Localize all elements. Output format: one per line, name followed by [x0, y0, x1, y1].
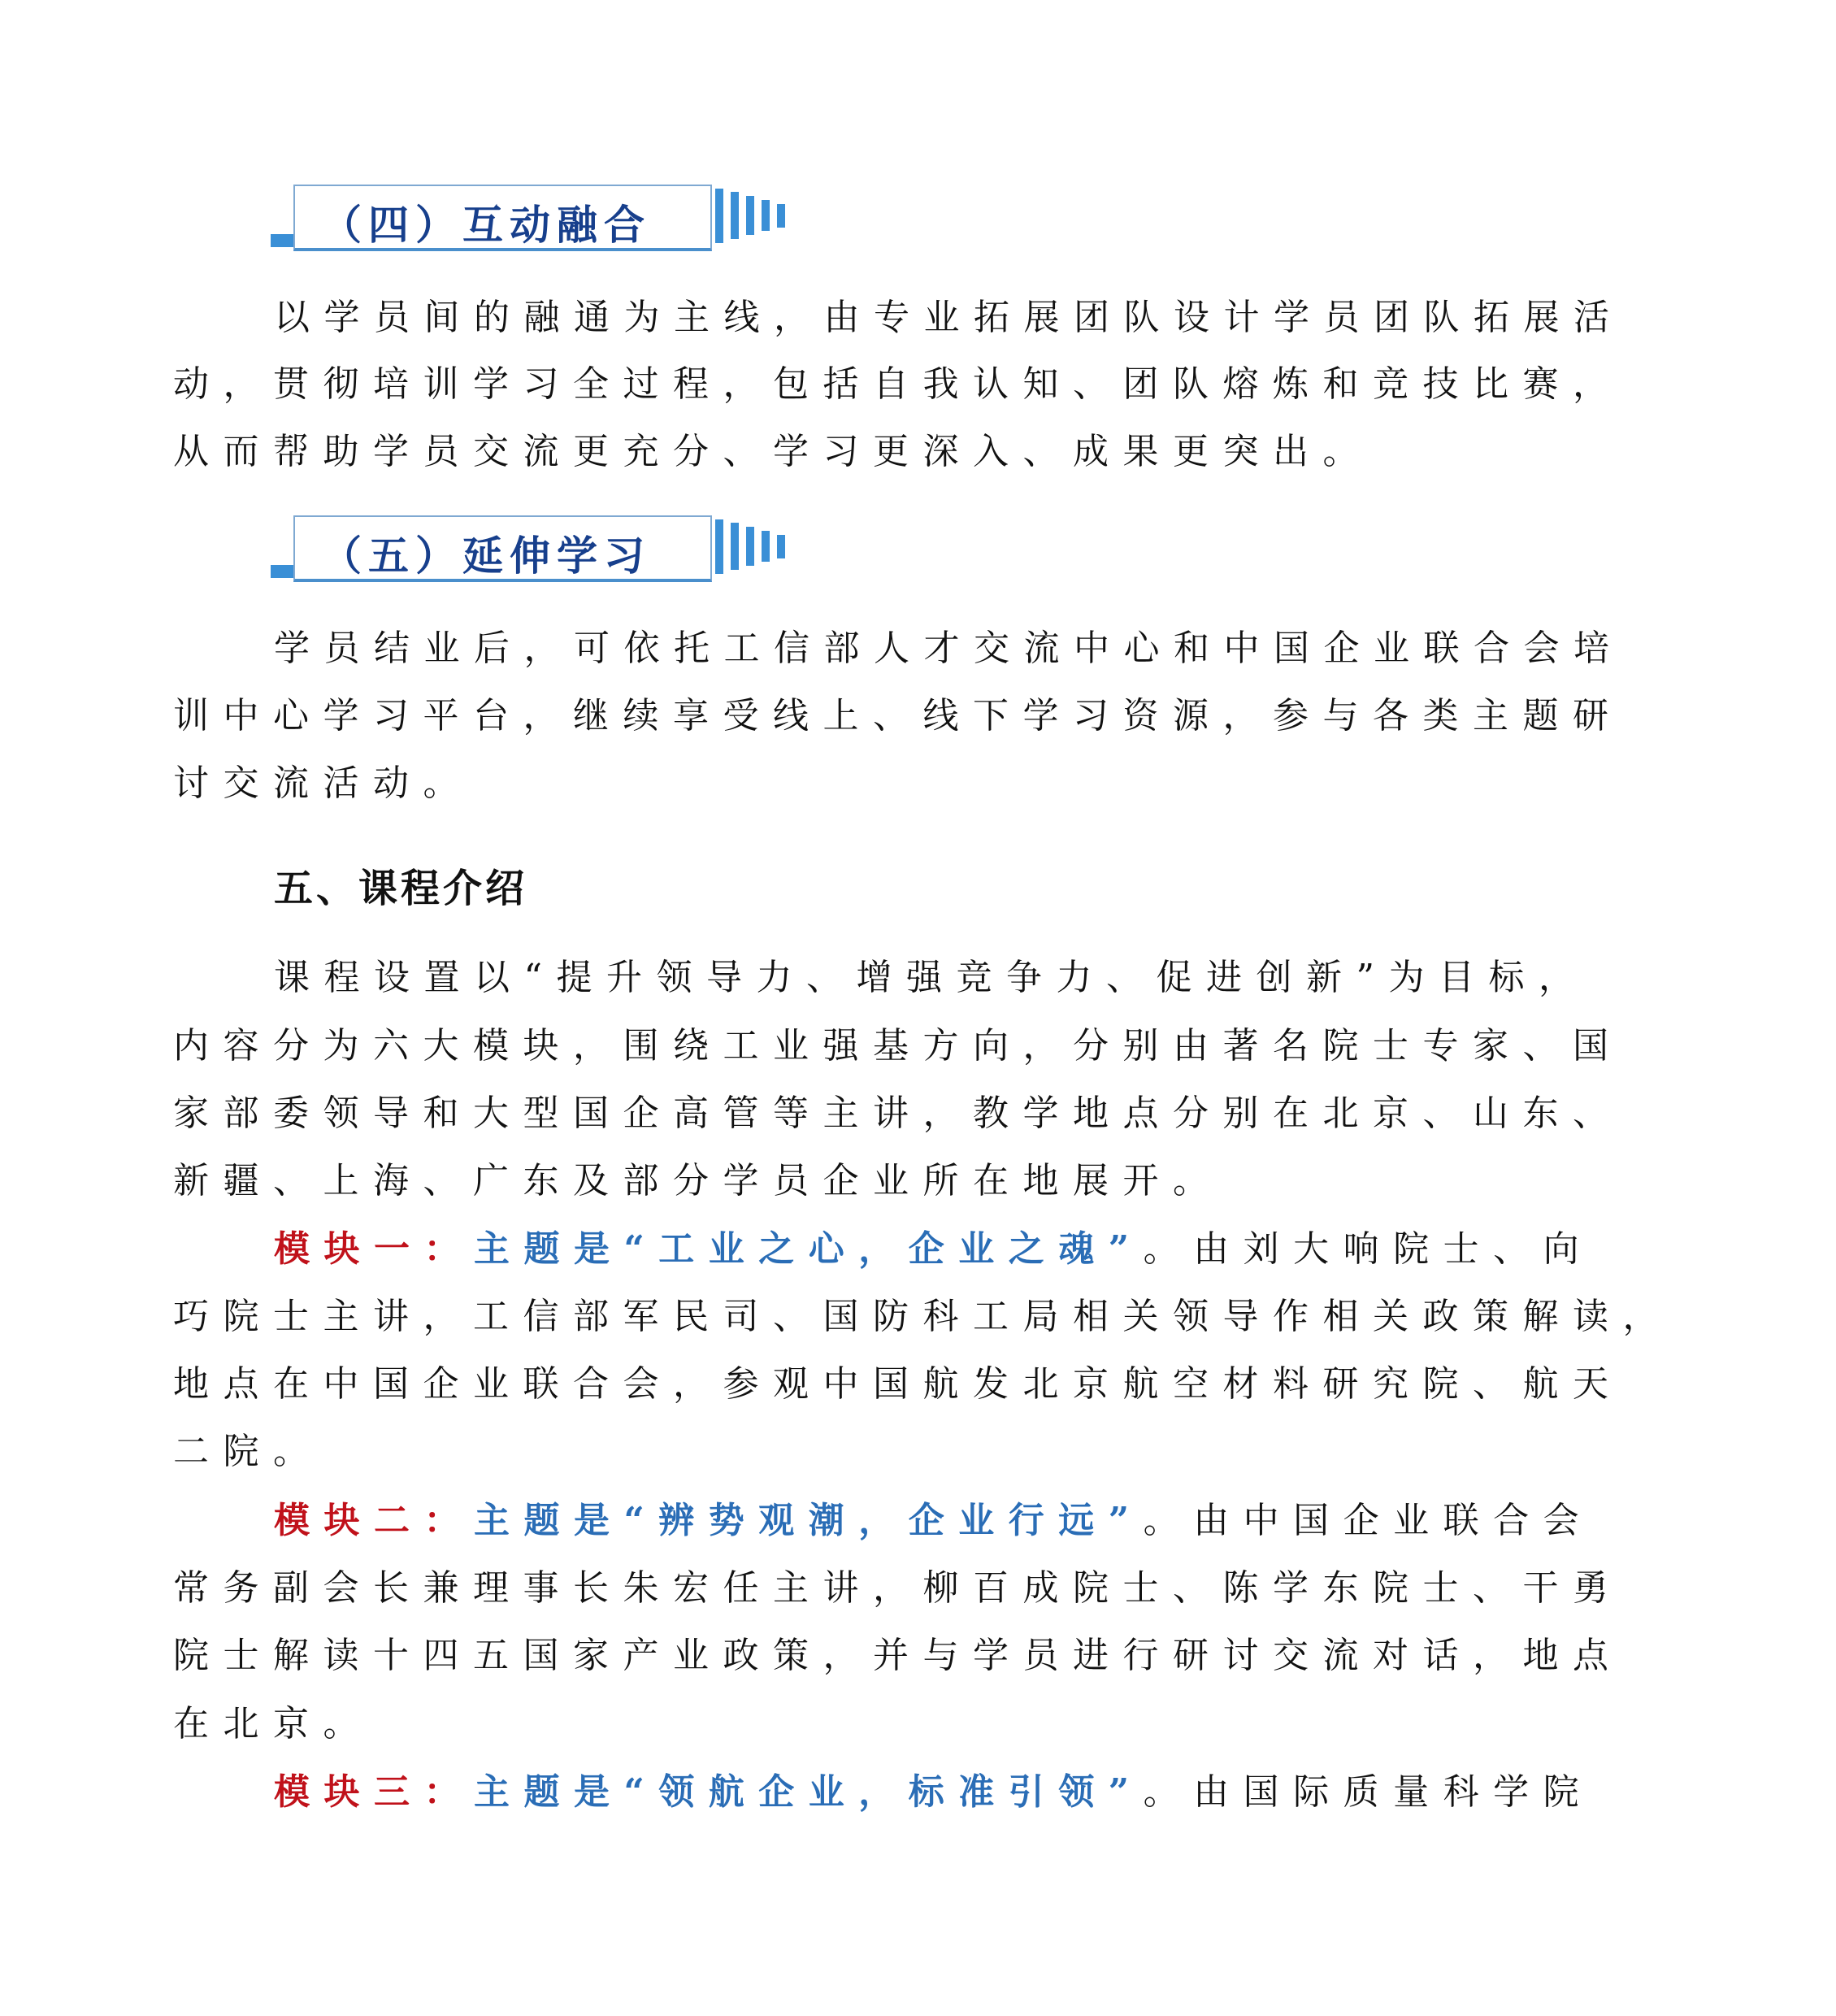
module-theme: 主题是“辨势观潮，企业行远”	[474, 1500, 1144, 1541]
decorative-bar-icon	[762, 200, 770, 231]
heading-accent-tab	[271, 234, 295, 247]
paragraph-line: 院士解读十四五国家产业政策，并与学员进行研讨交流对话，地点	[173, 1636, 1623, 1676]
module-label: 模块三：	[274, 1771, 474, 1813]
heading-accent-tab	[271, 565, 295, 578]
paragraph-line: 家部委领导和大型国企高管等主讲，教学地点分别在北京、山东、	[173, 1093, 1623, 1134]
decorative-bar-icon	[731, 523, 739, 570]
paragraph-line: 二院。	[173, 1432, 323, 1472]
module-3-first-line: 模块三：主题是“领航企业，标准引领”。由国际质量科学院	[274, 1772, 1593, 1813]
module-label: 模块一：	[274, 1228, 474, 1270]
paragraph-line: 在北京。	[173, 1704, 373, 1744]
module-text: 。由刘大响院士、向	[1144, 1228, 1594, 1270]
decorative-bar-icon	[762, 531, 770, 562]
paragraph-line: 动，贯彻培训学习全过程，包括自我认知、团队熔炼和竞技比赛，	[173, 364, 1623, 405]
heading-title: （四）互动融合	[321, 193, 651, 251]
paragraph-line: 地点在中国企业联合会，参观中国航发北京航空材料研究院、航天	[173, 1364, 1623, 1405]
paragraph-line: 从而帮助学员交流更充分、学习更深入、成果更突出。	[173, 432, 1373, 472]
module-theme: 主题是“工业之心，企业之魂”	[474, 1228, 1144, 1270]
paragraph-line: 新疆、上海、广东及部分学员企业所在地展开。	[173, 1161, 1223, 1201]
paragraph-line: 以学员间的融通为主线，由专业拓展团队设计学员团队拓展活	[274, 298, 1624, 338]
paragraph-line: 内容分为六大模块，围绕工业强基方向，分别由著名院士专家、国	[173, 1026, 1623, 1067]
paragraph-line: 巧院士主讲，工信部军民司、国防科工局相关领导作相关政策解读，	[173, 1297, 1673, 1337]
module-1-first-line: 模块一：主题是“工业之心，企业之魂”。由刘大响院士、向	[274, 1229, 1593, 1270]
module-text: 。由国际质量科学院	[1144, 1771, 1594, 1813]
section-heading: 五、课程介绍	[274, 857, 527, 913]
decorative-bar-icon	[777, 535, 785, 558]
subsection-heading-4: （四）互动融合	[271, 185, 799, 251]
module-theme: 主题是“领航企业，标准引领”	[474, 1771, 1144, 1813]
paragraph-line: 常务副会长兼理事长朱宏任主讲，柳百成院士、陈学东院士、干勇	[173, 1568, 1623, 1609]
paragraph-line: 学员结业后，可依托工信部人才交流中心和中国企业联合会培	[274, 628, 1624, 669]
module-2-first-line: 模块二：主题是“辨势观潮，企业行远”。由中国企业联合会	[274, 1501, 1593, 1541]
decorative-bar-icon	[715, 189, 723, 243]
decorative-bar-icon	[746, 527, 754, 566]
decorative-bar-icon	[777, 204, 785, 228]
module-text: 。由中国企业联合会	[1144, 1500, 1594, 1541]
heading-title: （五）延伸学习	[321, 524, 651, 582]
paragraph-line: 课程设置以“提升领导力、增强竞争力、促进创新”为目标，	[274, 958, 1589, 998]
decorative-bar-icon	[731, 192, 739, 239]
paragraph-line: 讨交流活动。	[173, 763, 473, 804]
subsection-heading-5: （五）延伸学习	[271, 515, 799, 582]
decorative-bar-icon	[746, 196, 754, 235]
module-label: 模块二：	[274, 1500, 474, 1541]
decorative-bar-icon	[715, 519, 723, 574]
paragraph-line: 训中心学习平台，继续享受线上、线下学习资源，参与各类主题研	[173, 696, 1623, 736]
